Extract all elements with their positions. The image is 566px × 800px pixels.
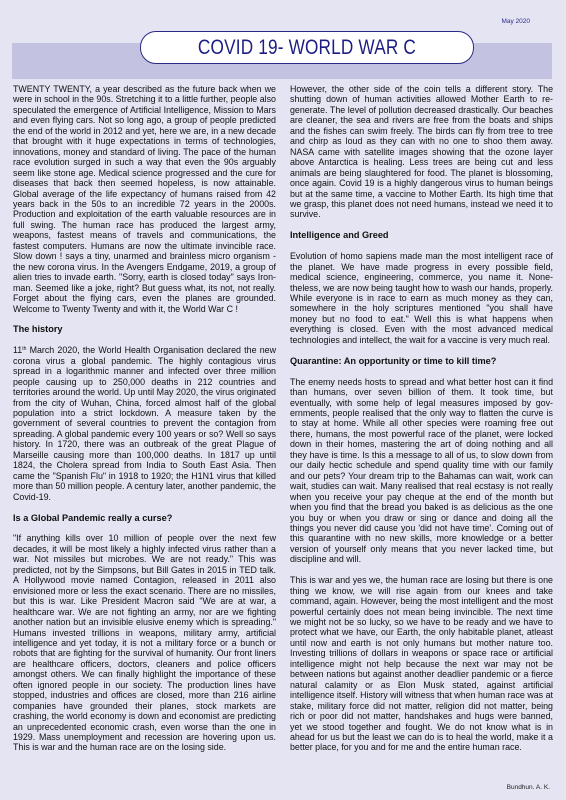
curse-paragraph: "If anything kills over 10 million of pe… bbox=[13, 533, 276, 753]
quarantine-paragraph: The enemy needs hosts to spread and what… bbox=[290, 377, 553, 565]
history-text: March 2020, the World Health Organisatio… bbox=[13, 345, 276, 501]
intro-paragraph: TWENTY TWENTY, a year described as the f… bbox=[13, 84, 276, 314]
left-column: TWENTY TWENTY, a year described as the f… bbox=[13, 84, 276, 763]
war-paragraph: This is war and yes we, the human race a… bbox=[290, 575, 553, 753]
section-heading-quarantine: Quarantine: An opportunity or time to ki… bbox=[290, 356, 553, 366]
right-column: However, the other side of the coin tell… bbox=[290, 84, 553, 763]
section-heading-greed: Intelligence and Greed bbox=[290, 230, 553, 240]
greed-paragraph: Evolution of homo sapiens made man the m… bbox=[290, 251, 553, 345]
issue-date: May 2020 bbox=[501, 18, 530, 25]
section-heading-history: The history bbox=[13, 324, 276, 334]
section-heading-curse: Is a Global Pandemic really a curse? bbox=[13, 513, 276, 523]
history-paragraph: 11th March 2020, the World Health Organi… bbox=[13, 345, 276, 502]
coin-paragraph: However, the other side of the coin tell… bbox=[290, 84, 553, 220]
page-title: COVID 19- WORLD WAR C bbox=[198, 36, 416, 60]
title-banner: COVID 19- WORLD WAR C bbox=[140, 31, 474, 64]
author-signature: Bundhun. A. K. bbox=[507, 784, 550, 791]
history-day: 11 bbox=[13, 345, 22, 355]
